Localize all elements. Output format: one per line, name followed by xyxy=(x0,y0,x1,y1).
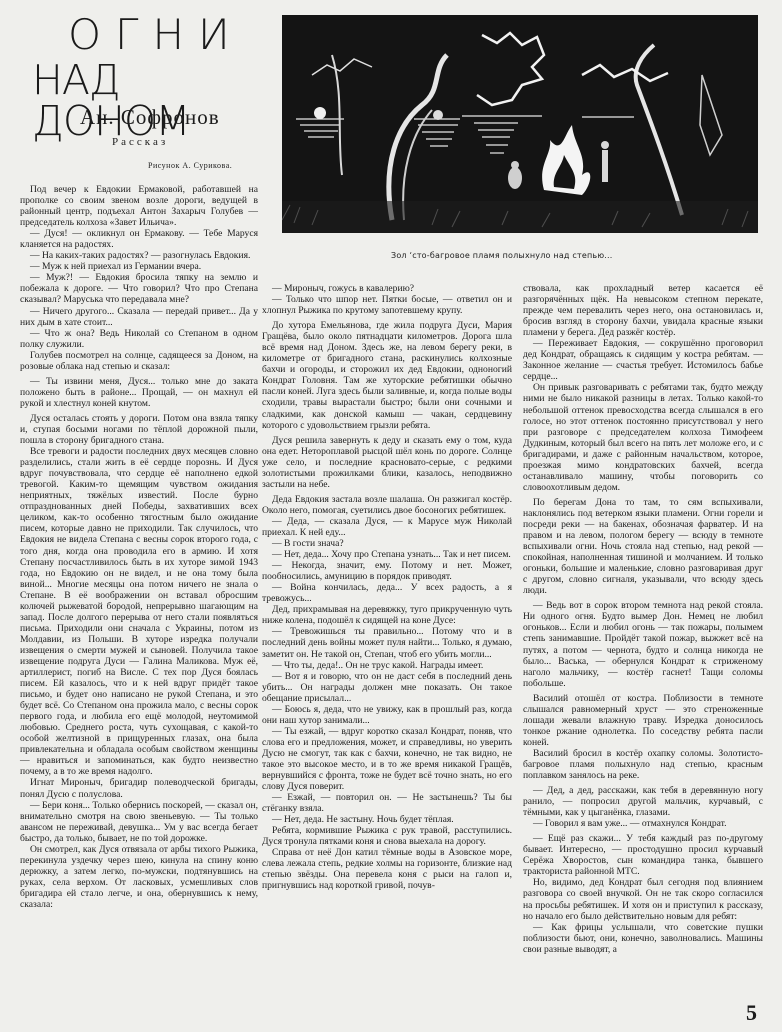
text-column-1: Под вечер к Евдокии Ермаковой, работавше… xyxy=(20,184,258,910)
paragraph: — Дуся! — окликнул он Ермакову. — Тебе М… xyxy=(20,228,258,250)
paragraph: — Что ты, деда!.. Он не трус какой. Нагр… xyxy=(262,660,512,671)
paragraph: — В гости знача? xyxy=(262,538,512,549)
paragraph: — Мироныч, гожусь в кавалерию? xyxy=(262,283,512,294)
paragraph: Дуся решила завернуть к деду и сказать е… xyxy=(262,435,512,490)
paragraph: — Война кончилась, деда... У всех радост… xyxy=(262,582,512,604)
paragraph: — Только что шпор нет. Пятки босые, — от… xyxy=(262,294,512,316)
paragraph: — Нет, деда. Не застыну. Ночь будет тёпл… xyxy=(262,814,512,825)
paragraph: — Как фрицы услышали, что советские пушк… xyxy=(523,922,763,955)
illustration-night-bonfire xyxy=(282,15,758,233)
paragraph: — На каких-таких радостях? — разогнулась… xyxy=(20,250,258,261)
paragraph: По берегам Дона то там, то сям вспыхивал… xyxy=(523,497,763,596)
title-line-1: ОГНИ xyxy=(32,14,262,56)
paragraph: — Ведь вот в сорок втором темнота над ре… xyxy=(523,600,763,688)
paragraph: Под вечер к Евдокии Ермаковой, работавше… xyxy=(20,184,258,228)
paragraph: — Ничего другого... Сказала — передай пр… xyxy=(20,306,258,328)
paragraph: — Переживает Евдокия, — сокрушённо прого… xyxy=(523,338,763,382)
paragraph: Голубев посмотрел на солнце, садящееся з… xyxy=(20,350,258,372)
magazine-page: ОГНИ НАД ДОНОМ Ан. Софронов Рассказ Рису… xyxy=(0,0,782,1032)
paragraph: Но, видимо, дед Кондрат был сегодня под … xyxy=(523,877,763,921)
paragraph: — Езжай, — повторил он. — Не застынешь? … xyxy=(262,792,512,814)
paragraph: — Нет, деда... Хочу про Степана узнать..… xyxy=(262,549,512,560)
author-name: Ан. Софронов xyxy=(80,105,220,130)
paragraph: — Ты извини меня, Дуся... только мне до … xyxy=(20,376,258,409)
paragraph: — Ты езжай, — вдруг коротко сказал Кондр… xyxy=(262,726,512,792)
paragraph: — Муж?! — Евдокия бросила тяпку на землю… xyxy=(20,272,258,305)
text-column-3: ствовала, как прохладный ветер касается … xyxy=(523,283,763,955)
text-column-2: — Мироныч, гожусь в кавалерию? — Только … xyxy=(262,283,512,892)
paragraph: Дуся осталась стоять у дороги. Потом она… xyxy=(20,413,258,446)
paragraph: Все тревоги и радости последних двух мес… xyxy=(20,446,258,777)
paragraph: — Говорил я вам уже... — отмахнулся Конд… xyxy=(523,818,763,829)
paragraph: — Деда, — сказала Дуся, — к Марусе муж Н… xyxy=(262,516,512,538)
paragraph: — Боюсь я, деда, что не увижу, как в про… xyxy=(262,704,512,726)
paragraph: — Некогда, значит, ему. Потому и нет. Мо… xyxy=(262,560,512,582)
paragraph: — Что ж она? Ведь Николай со Степаном в … xyxy=(20,328,258,350)
paragraph: — Тревожишься ты правильно... Потому что… xyxy=(262,626,512,659)
paragraph: Деда Евдокия застала возле шалаша. Он ра… xyxy=(262,494,512,516)
paragraph: — Вот я и говорю, что он не даст себя в … xyxy=(262,671,512,704)
paragraph: Игнат Мироныч, бригадир полеводческой бр… xyxy=(20,777,258,799)
paragraph: До хутора Емельянова, где жила подруга Д… xyxy=(262,320,512,430)
illustration-caption: Зол ‘сто-багровое пламя полыхнуло над ст… xyxy=(391,251,613,260)
illustration-graphic xyxy=(282,15,758,233)
genre-label: Рассказ xyxy=(112,136,168,148)
paragraph: Василий отошёл от костра. Поблизости в т… xyxy=(523,693,763,748)
paragraph: Он привык разговаривать с ребятами так, … xyxy=(523,382,763,492)
paragraph: — Дед, а дед, расскажи, как тебя в дерев… xyxy=(523,785,763,818)
paragraph: — Ещё раз скажи... У тебя каждый раз по-… xyxy=(523,833,763,877)
paragraph: — Муж к ней приехал из Германии вчера. xyxy=(20,261,258,272)
paragraph: Дед, прихрамывая на деревяжку, туго прик… xyxy=(262,604,512,626)
paragraph: — Бери коня... Только обернись поскорей,… xyxy=(20,800,258,844)
paragraph: ствовала, как прохладный ветер касается … xyxy=(523,283,763,338)
paragraph: Василий бросил в костёр охапку соломы. З… xyxy=(523,748,763,781)
paragraph: Он смотрел, как Дуся отвязала от арбы ти… xyxy=(20,844,258,910)
page-number: 5 xyxy=(746,1000,757,1026)
paragraph: Справа от неё Дон катил тёмные воды в Аз… xyxy=(262,847,512,891)
illustration-credit: Рисунок А. Сурикова. xyxy=(148,161,232,170)
paragraph: Ребята, кормившие Рыжика с рук травой, р… xyxy=(262,825,512,847)
